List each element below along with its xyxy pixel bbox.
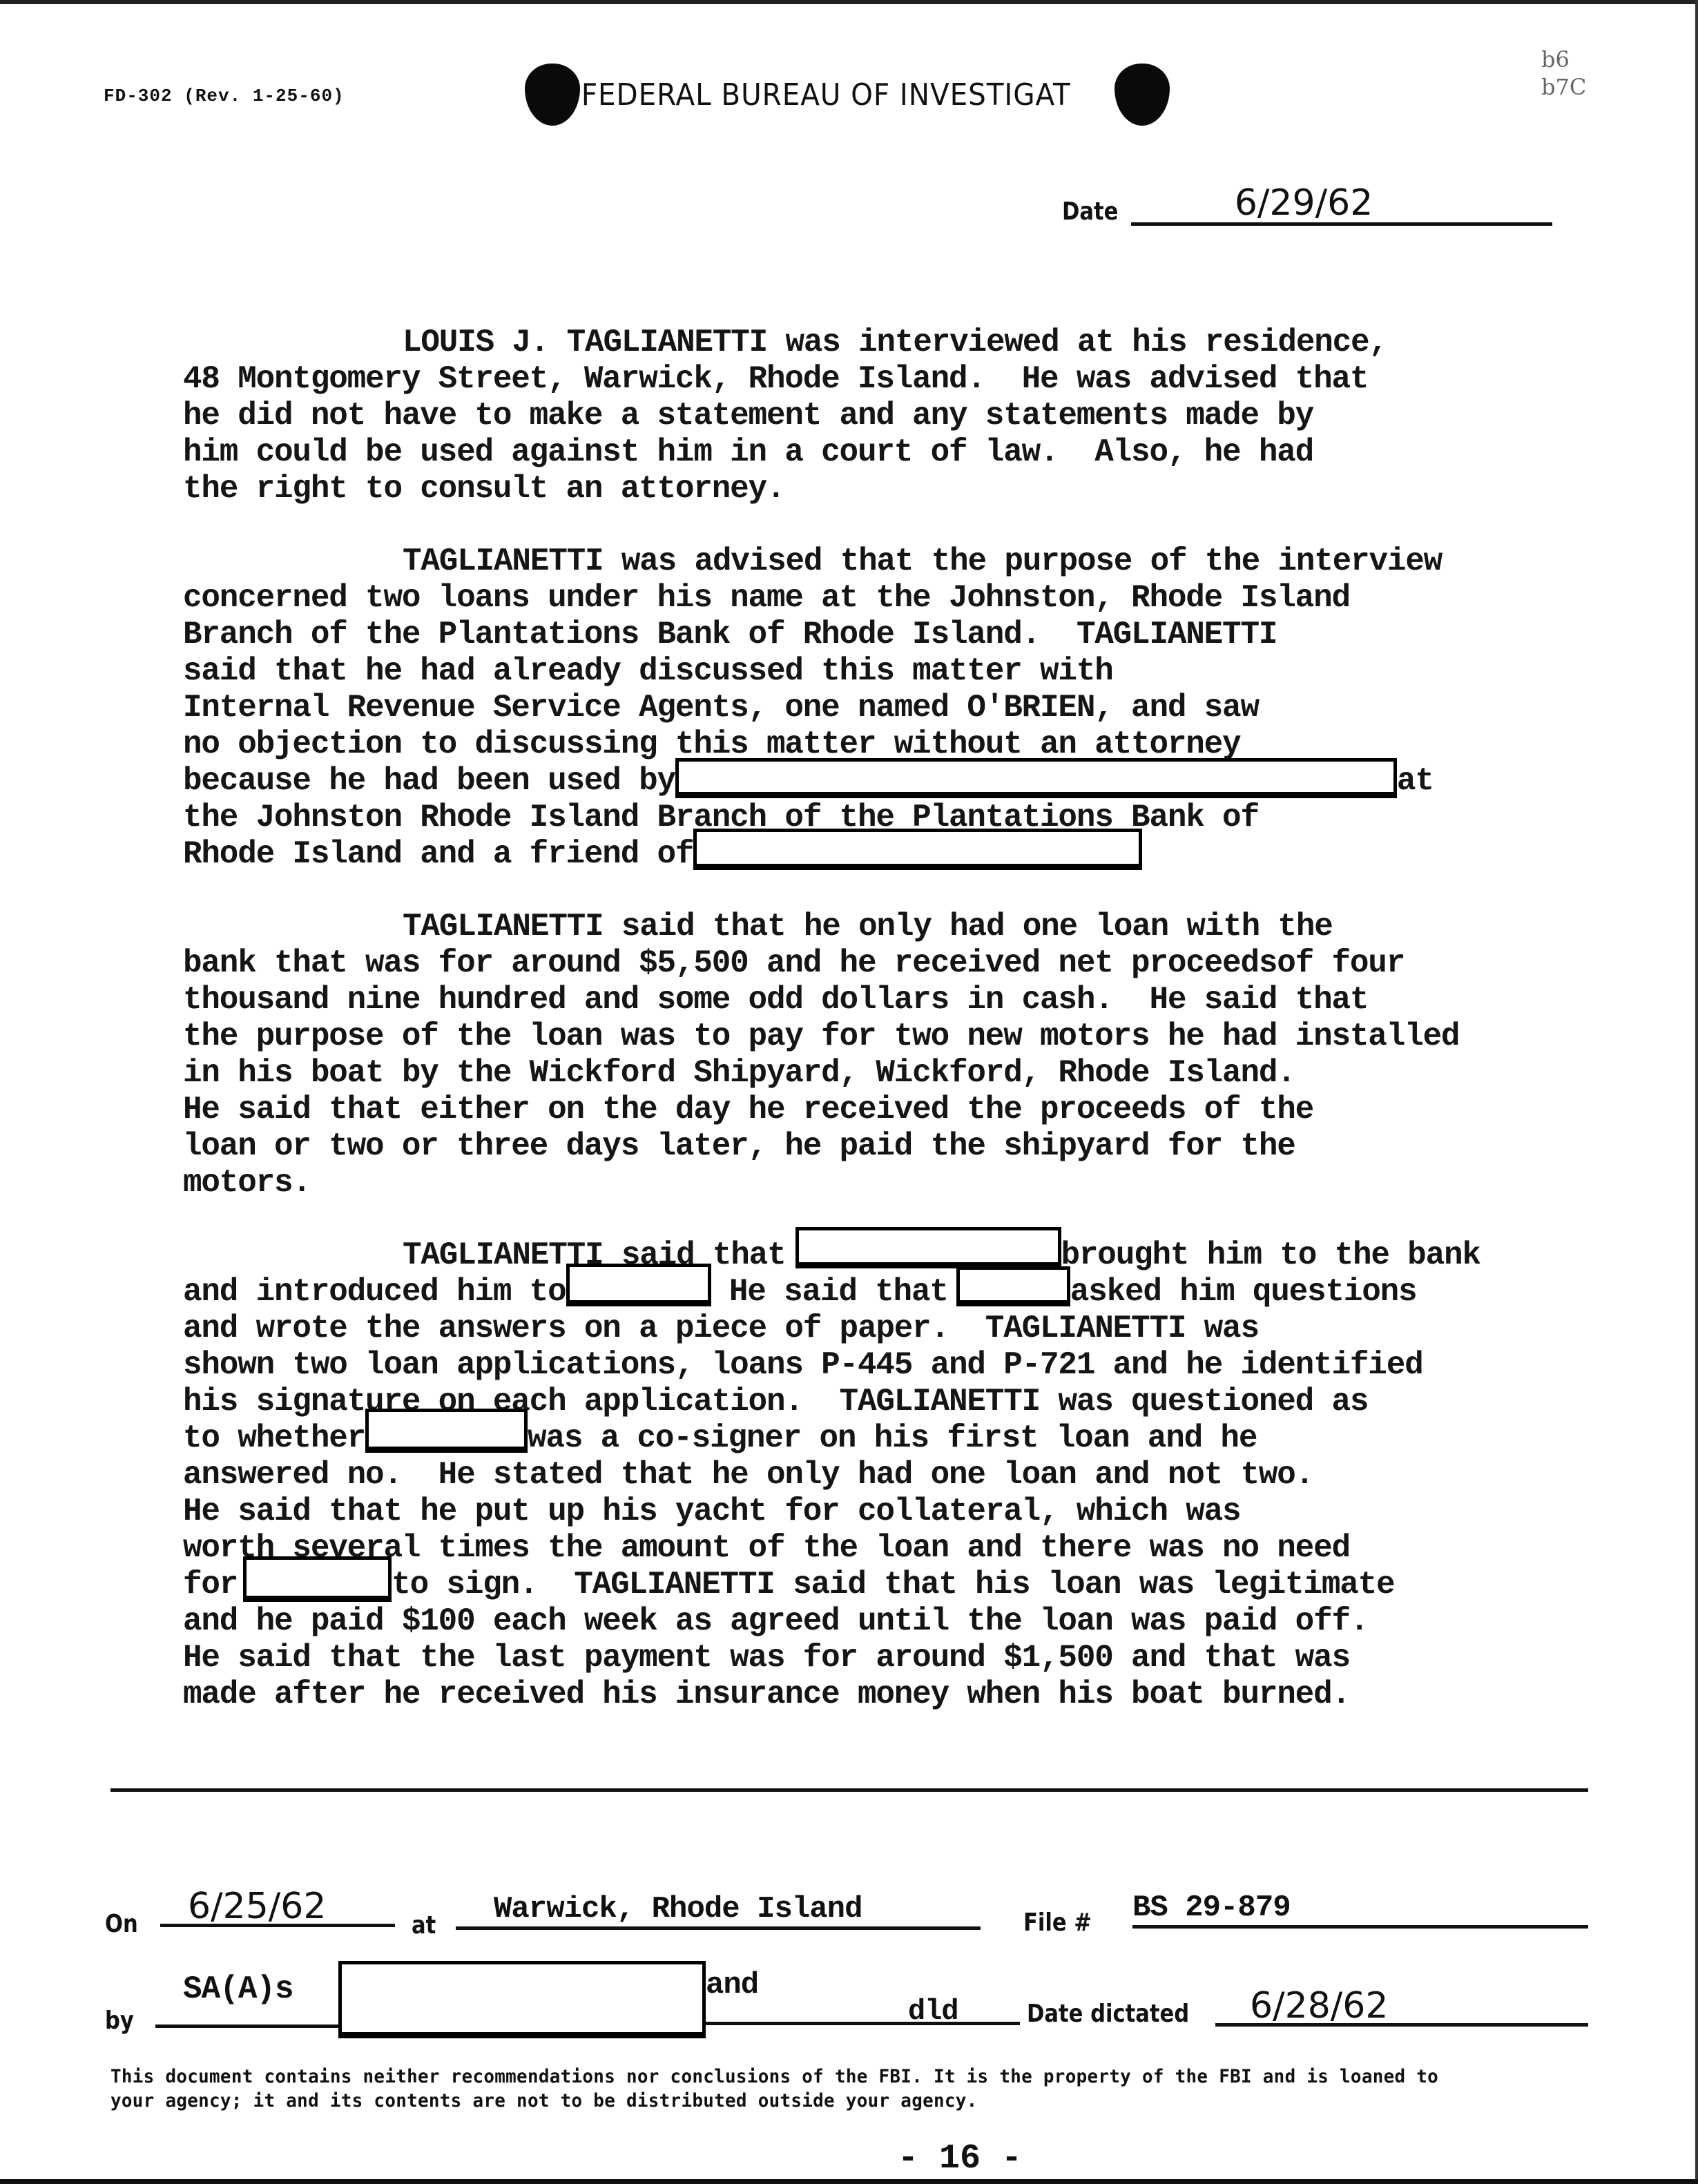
redaction-box-agents	[338, 1961, 706, 2038]
text-line: bank that was for around $5,500 and he r…	[183, 945, 1661, 982]
date-dictated-label: Date dictated	[1027, 2000, 1189, 2028]
text-line: and wrote the answers on a piece of pape…	[183, 1311, 1661, 1347]
interview-body: LOUIS J. TAGLIANETTI was interviewed at …	[183, 325, 1661, 1749]
seal-left-icon	[525, 64, 580, 126]
text-line: Branch of the Plantations Bank of Rhode …	[183, 617, 1661, 653]
paragraph-3: TAGLIANETTI said that he only had one lo…	[183, 909, 1661, 1201]
text-line-with-redaction: TAGLIANETTI said thatbrought him to the …	[183, 1237, 1661, 1274]
page-number: - 16 -	[898, 2139, 1022, 2178]
date-value: 6/29/62	[1131, 184, 1552, 226]
text-line: Internal Revenue Service Agents, one nam…	[183, 690, 1661, 726]
paragraph-1: LOUIS J. TAGLIANETTI was interviewed at …	[183, 325, 1661, 508]
fd302-document-page: FD-302 (Rev. 1-25-60) FEDERAL BUREAU OF …	[0, 0, 1698, 2184]
text-segment: for	[183, 1567, 238, 1603]
text-line: made after he received his insurance mon…	[183, 1676, 1661, 1713]
footer-divider	[110, 1788, 1588, 1792]
text-line: the purpose of the loan was to pay for t…	[183, 1018, 1661, 1055]
file-number: BS 29-879	[1132, 1891, 1588, 1929]
text-line-with-redaction: Rhode Island and a friend of	[183, 836, 1661, 873]
scan-top-edge	[0, 0, 1698, 4]
text-line: concerned two loans under his name at th…	[183, 580, 1661, 617]
agents-prefix: SA(A)s	[183, 1972, 293, 2007]
redaction-box	[566, 1264, 711, 1306]
foia-exemption-codes: b6 b7C	[1541, 46, 1586, 101]
paragraph-4: TAGLIANETTI said thatbrought him to the …	[183, 1237, 1661, 1713]
text-segment: brought him to the bank	[1061, 1237, 1480, 1273]
agency-header: FEDERAL BUREAU OF INVESTIGAT	[525, 64, 1170, 126]
text-line: the right to consult an attorney.	[183, 471, 1661, 508]
text-line: TAGLIANETTI said that he only had one lo…	[183, 909, 1661, 945]
scan-right-edge	[1695, 0, 1698, 2184]
form-number: FD-302 (Rev. 1-25-60)	[104, 86, 345, 106]
text-line: TAGLIANETTI was advised that the purpose…	[183, 543, 1661, 580]
text-line: in his boat by the Wickford Shipyard, Wi…	[183, 1055, 1661, 1092]
text-line: He said that the last payment was for ar…	[183, 1640, 1661, 1676]
on-label: On	[105, 1910, 138, 1938]
text-segment: Rhode Island and a friend of	[183, 836, 693, 872]
text-line: said that he had already discussed this …	[183, 653, 1661, 690]
dictator-initials: dld	[908, 1994, 958, 2029]
text-line-with-redaction: and introduced him to He said thatasked …	[183, 1274, 1661, 1311]
text-line: him could be used against him in a court…	[183, 434, 1661, 471]
text-line: he did not have to make a statement and …	[183, 398, 1661, 434]
redaction-box	[365, 1409, 528, 1453]
text-line: answered no. He stated that he only had …	[183, 1457, 1661, 1494]
fbi-disclaimer: This document contains neither recommend…	[110, 2065, 1543, 2113]
text-line-with-redaction: because he had been used byat	[183, 763, 1661, 800]
agents-suffix: and	[706, 1968, 758, 2002]
redaction-box	[675, 758, 1397, 798]
text-line-with-redaction: to whetherwas a co-signer on his first l…	[183, 1420, 1661, 1457]
at-label: at	[412, 1911, 436, 1940]
text-line: loan or two or three days later, he paid…	[183, 1128, 1661, 1165]
paragraph-2: TAGLIANETTI was advised that the purpose…	[183, 543, 1661, 873]
interview-date: 6/25/62	[160, 1889, 395, 1927]
date-label: Date	[1062, 197, 1118, 226]
by-underline	[155, 2024, 342, 2028]
agency-name: FEDERAL BUREAU OF INVESTIGAT	[580, 77, 1072, 113]
text-segment: at	[1397, 763, 1434, 799]
text-line: thousand nine hundred and some odd dolla…	[183, 982, 1661, 1018]
text-segment: He said that	[711, 1274, 948, 1310]
by-label: by	[105, 2007, 134, 2035]
seal-right-icon	[1115, 64, 1170, 126]
text-segment: to sign. TAGLIANETTI said that his loan …	[392, 1567, 1394, 1603]
text-segment: was a co-signer on his first loan and he	[528, 1420, 1257, 1456]
file-number-label: File #	[1023, 1908, 1092, 1937]
by-underline-2	[706, 2022, 1020, 2025]
text-line: He said that he put up his yacht for col…	[183, 1494, 1661, 1530]
text-line: worth several times the amount of the lo…	[183, 1530, 1661, 1567]
text-line-with-redaction: forto sign. TAGLIANETTI said that his lo…	[183, 1567, 1661, 1603]
date-line: Date 6/29/62	[1062, 184, 1552, 226]
disclaimer-line-2: your agency; it and its contents are not…	[110, 2089, 1543, 2113]
redaction-box	[693, 829, 1142, 870]
interview-location: Warwick, Rhode Island	[456, 1892, 981, 1930]
text-segment: asked him questions	[1070, 1274, 1417, 1310]
exemption-b7c: b7C	[1541, 73, 1586, 101]
text-line: shown two loan applications, loans P-445…	[183, 1347, 1661, 1384]
redaction-box	[795, 1227, 1061, 1268]
redaction-box	[956, 1266, 1070, 1306]
text-line: and he paid $100 each week as agreed unt…	[183, 1603, 1661, 1640]
redaction-box	[243, 1556, 392, 1602]
text-line: 48 Montgomery Street, Warwick, Rhode Isl…	[183, 361, 1661, 398]
text-line: LOUIS J. TAGLIANETTI was interviewed at …	[183, 325, 1661, 361]
disclaimer-line-1: This document contains neither recommend…	[110, 2065, 1543, 2089]
text-line: motors.	[183, 1165, 1661, 1201]
exemption-b6: b6	[1541, 46, 1586, 73]
text-segment: because he had been used by	[183, 763, 675, 799]
scan-bottom-edge	[0, 2179, 1698, 2184]
date-dictated: 6/28/62	[1215, 1989, 1588, 2027]
text-segment: and introduced him to	[183, 1274, 566, 1310]
text-segment: to whether	[183, 1420, 365, 1456]
text-line: He said that either on the day he receiv…	[183, 1092, 1661, 1128]
